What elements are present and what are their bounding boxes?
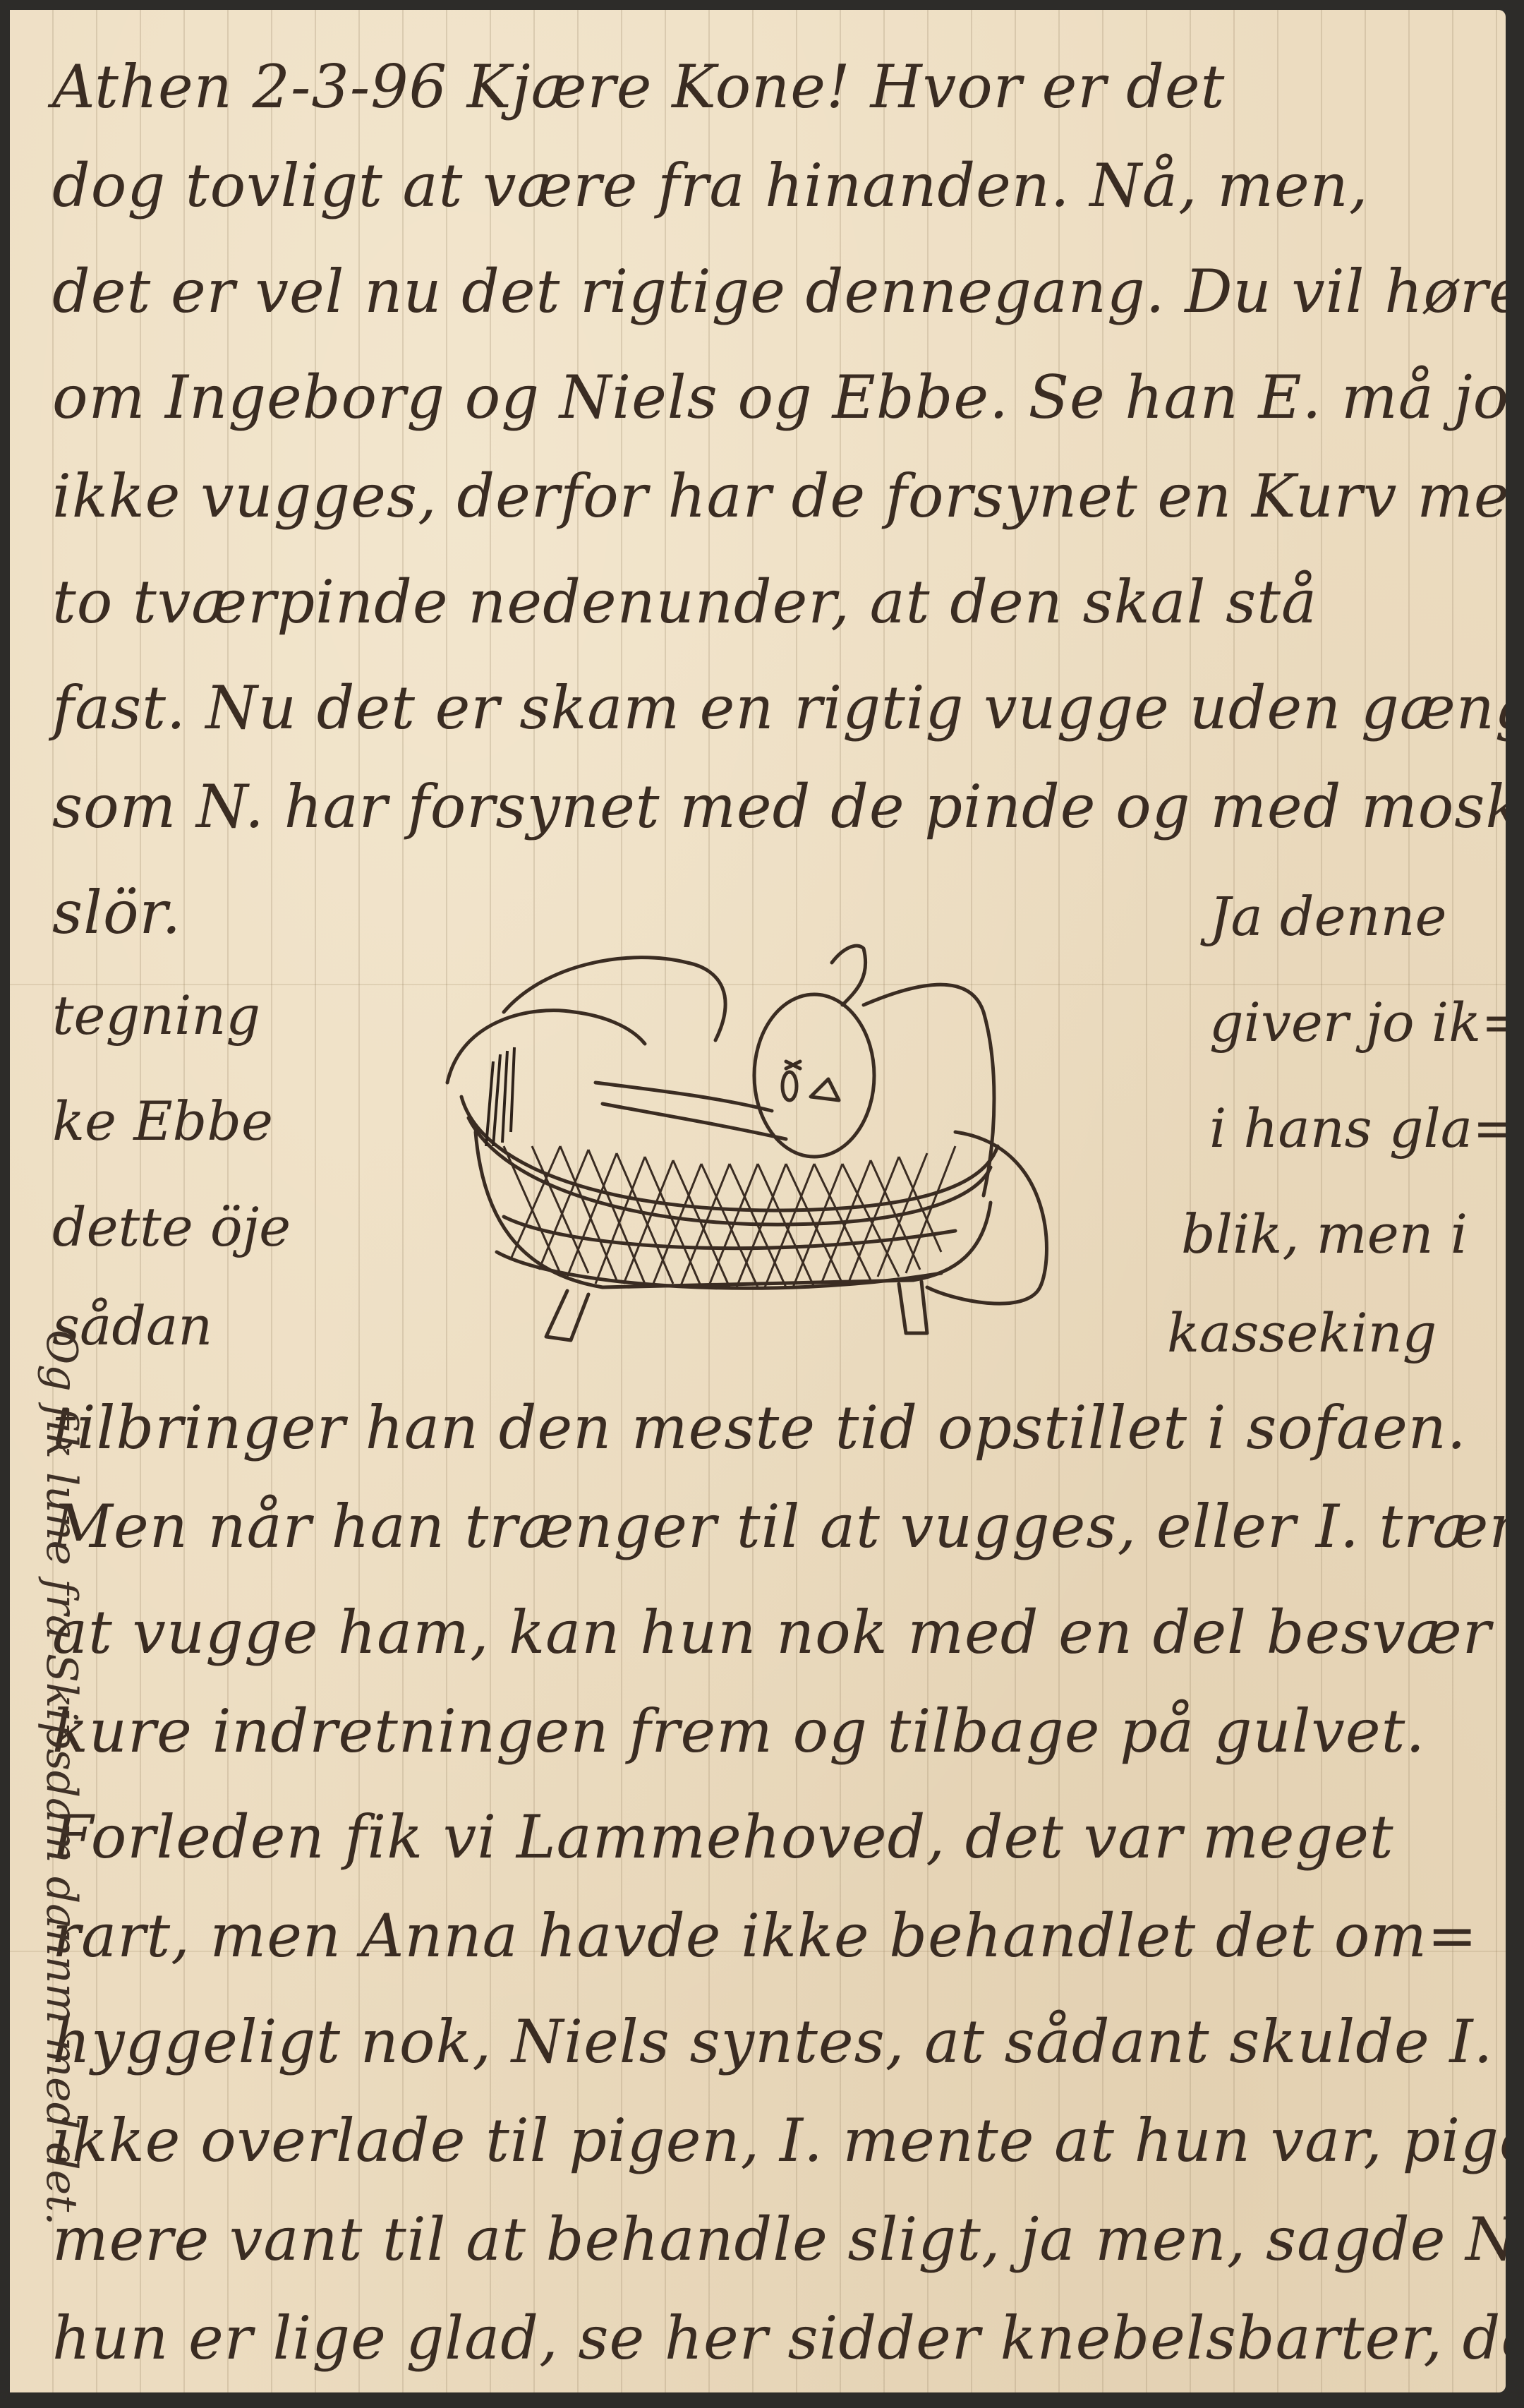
letter-line-14: Forleden fik vi Lammehoved, det var mege… bbox=[52, 1802, 1394, 1872]
letter-line-16: hyggeligt nok, Niels syntes, at sådant s… bbox=[52, 2007, 1493, 2076]
letter-line-17: ikke overlade til pigen, I. mente at hun… bbox=[52, 2106, 1506, 2175]
sketch-right-text-4: blik, men i bbox=[1181, 1203, 1468, 1265]
letter-line-3: det er vel nu det rigtige dennegang. Du … bbox=[52, 257, 1506, 326]
sketch-right-text-1: Ja denne bbox=[1209, 885, 1446, 948]
margin-note-vertical: Og fik lune fra Skipsdam dannm med det. bbox=[37, 1330, 86, 2225]
sketch-right-text-5: kasseking bbox=[1167, 1301, 1437, 1364]
letter-line-13: kure indretningen frem og tilbage på gul… bbox=[52, 1697, 1425, 1766]
scan-frame: Athen 2-3-96 Kjære Kone! Hvor er det dog… bbox=[0, 0, 1524, 2408]
sketch-left-text-1: tegning bbox=[52, 984, 260, 1047]
letter-line-4: om Ingeborg og Niels og Ebbe. Se han E. … bbox=[52, 363, 1506, 432]
cradle-sketch-illustration bbox=[419, 920, 1125, 1344]
letter-line-18: mere vant til at behandle sligt, ja men,… bbox=[52, 2205, 1506, 2274]
letter-line-9: slör. bbox=[52, 878, 181, 947]
letter-line-5: ikke vugges, derfor har de forsynet en K… bbox=[52, 462, 1506, 531]
sketch-left-text-3: dette öje bbox=[52, 1196, 291, 1258]
sketch-left-text-2: ke Ebbe bbox=[52, 1090, 273, 1152]
letter-line-11: Men når han trænger til at vugges, eller… bbox=[52, 1492, 1506, 1561]
letter-line-7: fast. Nu det er skam en rigtig vugge ude… bbox=[52, 673, 1506, 742]
letter-line-15: rart, men Anna havde ikke behandlet det … bbox=[52, 1901, 1477, 1970]
letter-line-1: Athen 2-3-96 Kjære Kone! Hvor er det bbox=[52, 52, 1225, 121]
sketch-right-text-2: giver jo ik= bbox=[1209, 991, 1506, 1054]
sketch-right-text-3: i hans gla= bbox=[1209, 1097, 1506, 1160]
letter-line-8: som N. har forsynet med de pinde og med … bbox=[52, 772, 1506, 841]
letter-page: Athen 2-3-96 Kjære Kone! Hvor er det dog… bbox=[10, 10, 1506, 2392]
letter-line-12: at vugge ham, kan hun nok med en del bes… bbox=[52, 1598, 1492, 1667]
letter-line-10: tilbringer han den meste tid opstillet i… bbox=[52, 1393, 1467, 1462]
letter-line-2: dog tovligt at være fra hinanden. Nå, me… bbox=[52, 151, 1368, 220]
letter-line-19: hun er lige glad, se her sidder knebelsb… bbox=[52, 2304, 1506, 2373]
letter-line-6: to tværpinde nedenunder, at den skal stå bbox=[52, 567, 1317, 637]
